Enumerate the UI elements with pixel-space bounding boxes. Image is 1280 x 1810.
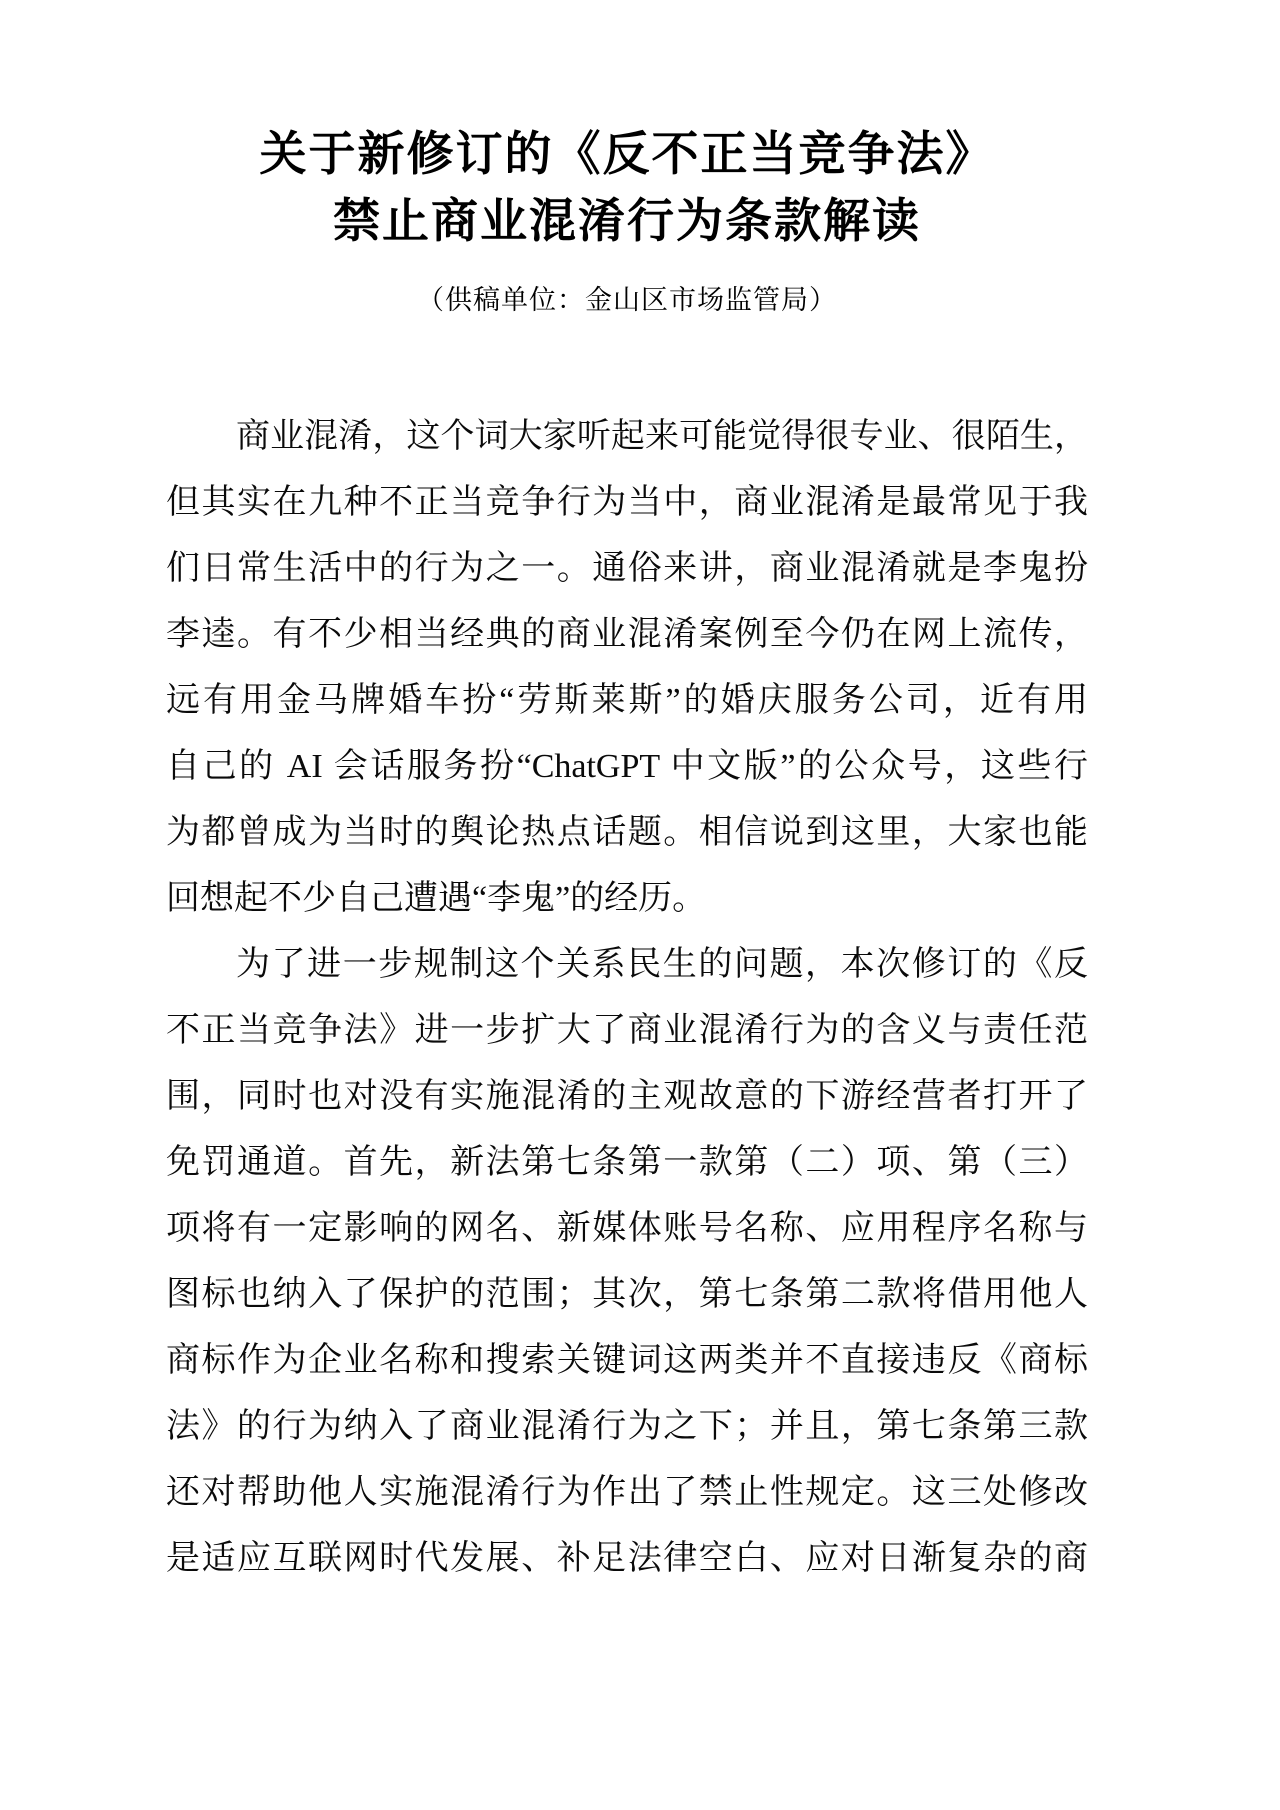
document-title-line1: 关于新修订的《反不正当竞争法》 [166,122,1088,189]
paragraph-1-line-8: 回想起不少自己遭遇“李鬼”的经历。 [166,866,1088,932]
paragraph-2-line-2: 不正当竞争法》进一步扩大了商业混淆行为的含义与责任范 [166,998,1088,1064]
paragraph-2-line-8: 法》的行为纳入了商业混淆行为之下；并且，第七条第三款 [166,1394,1088,1460]
paragraph-1-line-3: 们日常生活中的行为之一。通俗来讲，商业混淆就是李鬼扮 [166,536,1088,602]
document-title-line2: 禁止商业混淆行为条款解读 [166,189,1088,256]
paragraph-2-line-4: 免罚通道。首先，新法第七条第一款第（二）项、第（三） [166,1130,1088,1196]
paragraph-2-line-9: 还对帮助他人实施混淆行为作出了禁止性规定。这三处修改 [166,1460,1088,1526]
paragraph-2-line-1: 为了进一步规制这个关系民生的问题，本次修订的《反 [166,932,1088,998]
paragraph-1-line-7: 为都曾成为当时的舆论热点话题。相信说到这里，大家也能 [166,800,1088,866]
document-page: 关于新修订的《反不正当竞争法》 禁止商业混淆行为条款解读 （供稿单位：金山区市场… [0,0,1280,1810]
paragraph-1-line-5: 远有用金马牌婚车扮“劳斯莱斯”的婚庆服务公司，近有用 [166,668,1088,734]
document-content: 关于新修订的《反不正当竞争法》 禁止商业混淆行为条款解读 （供稿单位：金山区市场… [0,0,1280,1592]
document-title: 关于新修订的《反不正当竞争法》 禁止商业混淆行为条款解读 [166,122,1088,256]
document-body: 商业混淆，这个词大家听起来可能觉得很专业、很陌生，但其实在九种不正当竞争行为当中… [166,404,1088,1592]
paragraph-1-line-1: 商业混淆，这个词大家听起来可能觉得很专业、很陌生， [166,404,1088,470]
document-byline: （供稿单位：金山区市场监管局） [166,282,1088,318]
paragraph-1-line-4: 李逵。有不少相当经典的商业混淆案例至今仍在网上流传， [166,602,1088,668]
paragraph-2-line-10: 是适应互联网时代发展、补足法律空白、应对日渐复杂的商 [166,1526,1088,1592]
paragraph-2-line-3: 围，同时也对没有实施混淆的主观故意的下游经营者打开了 [166,1064,1088,1130]
paragraph-2-line-5: 项将有一定影响的网名、新媒体账号名称、应用程序名称与 [166,1196,1088,1262]
paragraph-2-line-6: 图标也纳入了保护的范围；其次，第七条第二款将借用他人 [166,1262,1088,1328]
paragraph-1-line-2: 但其实在九种不正当竞争行为当中，商业混淆是最常见于我 [166,470,1088,536]
paragraph-1-line-6: 自己的 AI 会话服务扮“ChatGPT 中文版”的公众号，这些行 [166,734,1088,800]
paragraph-2-line-7: 商标作为企业名称和搜索关键词这两类并不直接违反《商标 [166,1328,1088,1394]
